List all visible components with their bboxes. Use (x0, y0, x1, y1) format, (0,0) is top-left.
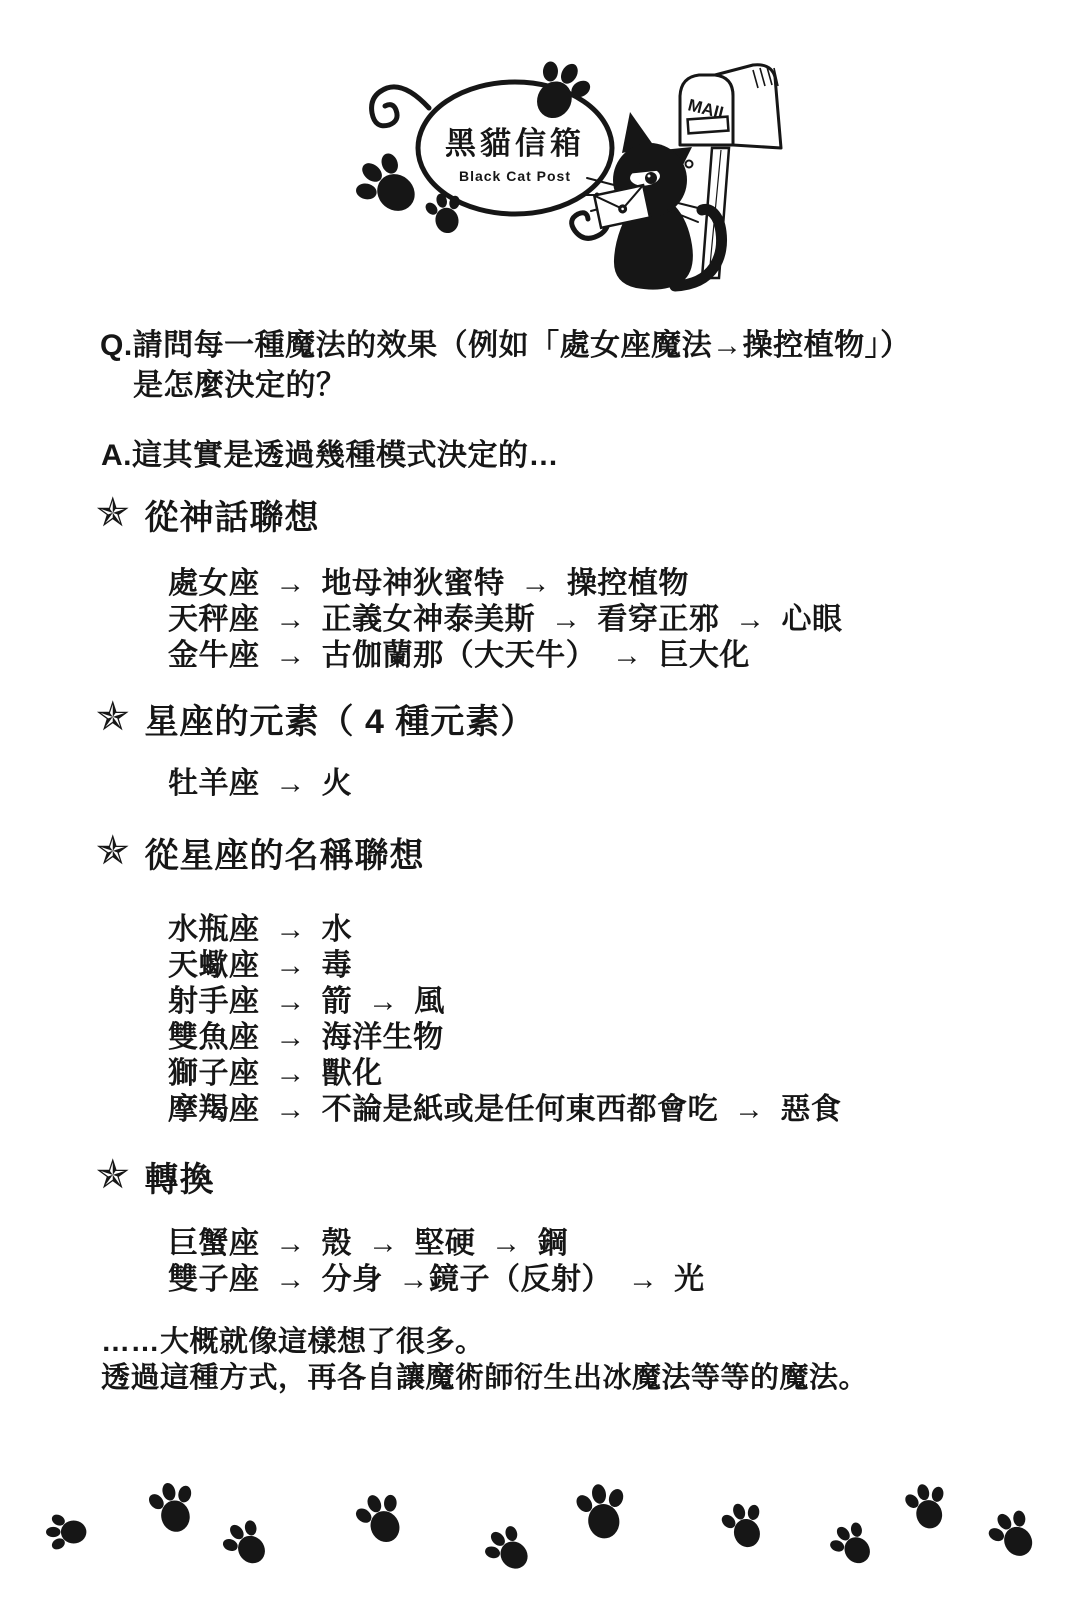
section-heading-name-association: ✯ 從星座的名稱聯想 (96, 828, 425, 877)
paw-print-icon (477, 1518, 540, 1581)
header-subtitle: Black Cat Post (459, 168, 571, 184)
section-title: 從星座的名稱聯想 (145, 828, 425, 877)
star-bullet-icon: ✯ (96, 831, 131, 871)
paw-print-icon (981, 1502, 1046, 1567)
mail-slot (688, 117, 729, 134)
chain-row: 雙子座 → 分身 →鏡子（反射） → 光 (168, 1262, 705, 1298)
closing-text: ……大概就像這樣想了很多。 透過這種方式，再各自讓魔術師衍生出冰魔法等等的魔法。 (101, 1324, 868, 1396)
star-bullet-icon: ✯ (96, 493, 131, 533)
section-title: 轉換 (145, 1152, 215, 1201)
question-line-1: Q.請問每一種魔法的效果（例如「處女座魔法→操控植物」） (100, 320, 911, 364)
black-cat-post-illustration: MAIL 黑貓信箱 Black Cat Post (325, 50, 795, 305)
chain-row: 巨蟹座 → 殼 → 堅硬 → 鋼 (168, 1226, 705, 1262)
question-line-2: 是怎麼決定的？ (133, 360, 347, 404)
header-title: 黑貓信箱 (445, 126, 585, 161)
chain-row: 處女座 → 地母神狄蜜特 → 操控植物 (168, 566, 843, 602)
chain-row: 天秤座 → 正義女神泰美斯 → 看穿正邪 → 心眼 (168, 602, 843, 638)
chain-row: 天蠍座 → 毒 (168, 948, 841, 984)
paw-print-icon (823, 1514, 882, 1573)
section-rows-elements: 牡羊座 → 火 (168, 766, 352, 802)
paw-print-icon (215, 1512, 278, 1575)
paw-print-icon (143, 1477, 203, 1538)
chain-row: 金牛座 → 古伽蘭那（大天牛） → 巨大化 (168, 638, 843, 674)
star-bullet-icon: ✯ (96, 1155, 131, 1195)
footer-paw-prints (0, 1455, 1066, 1600)
closing-line-2: 透過這種方式，再各自讓魔術師衍生出冰魔法等等的魔法。 (101, 1360, 868, 1396)
paw-print-icon (46, 1512, 86, 1551)
chain-row: 牡羊座 → 火 (168, 766, 352, 802)
paw-print-icon (571, 1480, 633, 1543)
mailbox: MAIL (680, 65, 781, 148)
chain-row: 摩羯座 → 不論是紙或是任何東西都會吃 → 惡食 (168, 1092, 841, 1128)
section-rows-name-association: 水瓶座 → 水 天蠍座 → 毒 射手座 → 箭 → 風 雙魚座 → 海洋生物 獅… (168, 912, 841, 1128)
bubble-curl-top-left (372, 87, 429, 126)
chain-row: 雙魚座 → 海洋生物 (168, 1020, 841, 1056)
section-heading-elements: ✯ 星座的元素（ 4 種元素） (96, 694, 535, 743)
section-heading-mythology: ✯ 從神話聯想 (96, 490, 320, 539)
section-rows-mythology: 處女座 → 地母神狄蜜特 → 操控植物 天秤座 → 正義女神泰美斯 → 看穿正邪… (168, 566, 843, 674)
paw-print-icon (716, 1497, 773, 1554)
section-title: 星座的元素（ 4 種元素） (145, 694, 536, 743)
section-rows-conversion: 巨蟹座 → 殼 → 堅硬 → 鋼 雙子座 → 分身 →鏡子（反射） → 光 (168, 1226, 705, 1298)
section-heading-conversion: ✯ 轉換 (96, 1152, 215, 1201)
speech-bubble: 黑貓信箱 Black Cat Post (372, 82, 612, 238)
paw-print-icon (900, 1479, 954, 1534)
section-title: 從神話聯想 (145, 490, 320, 539)
cat-earring (686, 161, 693, 168)
paw-print-icon (349, 1485, 414, 1551)
chain-row: 射手座 → 箭 → 風 (168, 984, 841, 1020)
closing-line-1: ……大概就像這樣想了很多。 (101, 1324, 868, 1360)
answer-line: A.這其實是透過幾種模式決定的… (101, 430, 559, 474)
star-bullet-icon: ✯ (96, 697, 131, 737)
chain-row: 水瓶座 → 水 (168, 912, 841, 948)
chain-row: 獅子座 → 獸化 (168, 1056, 841, 1092)
